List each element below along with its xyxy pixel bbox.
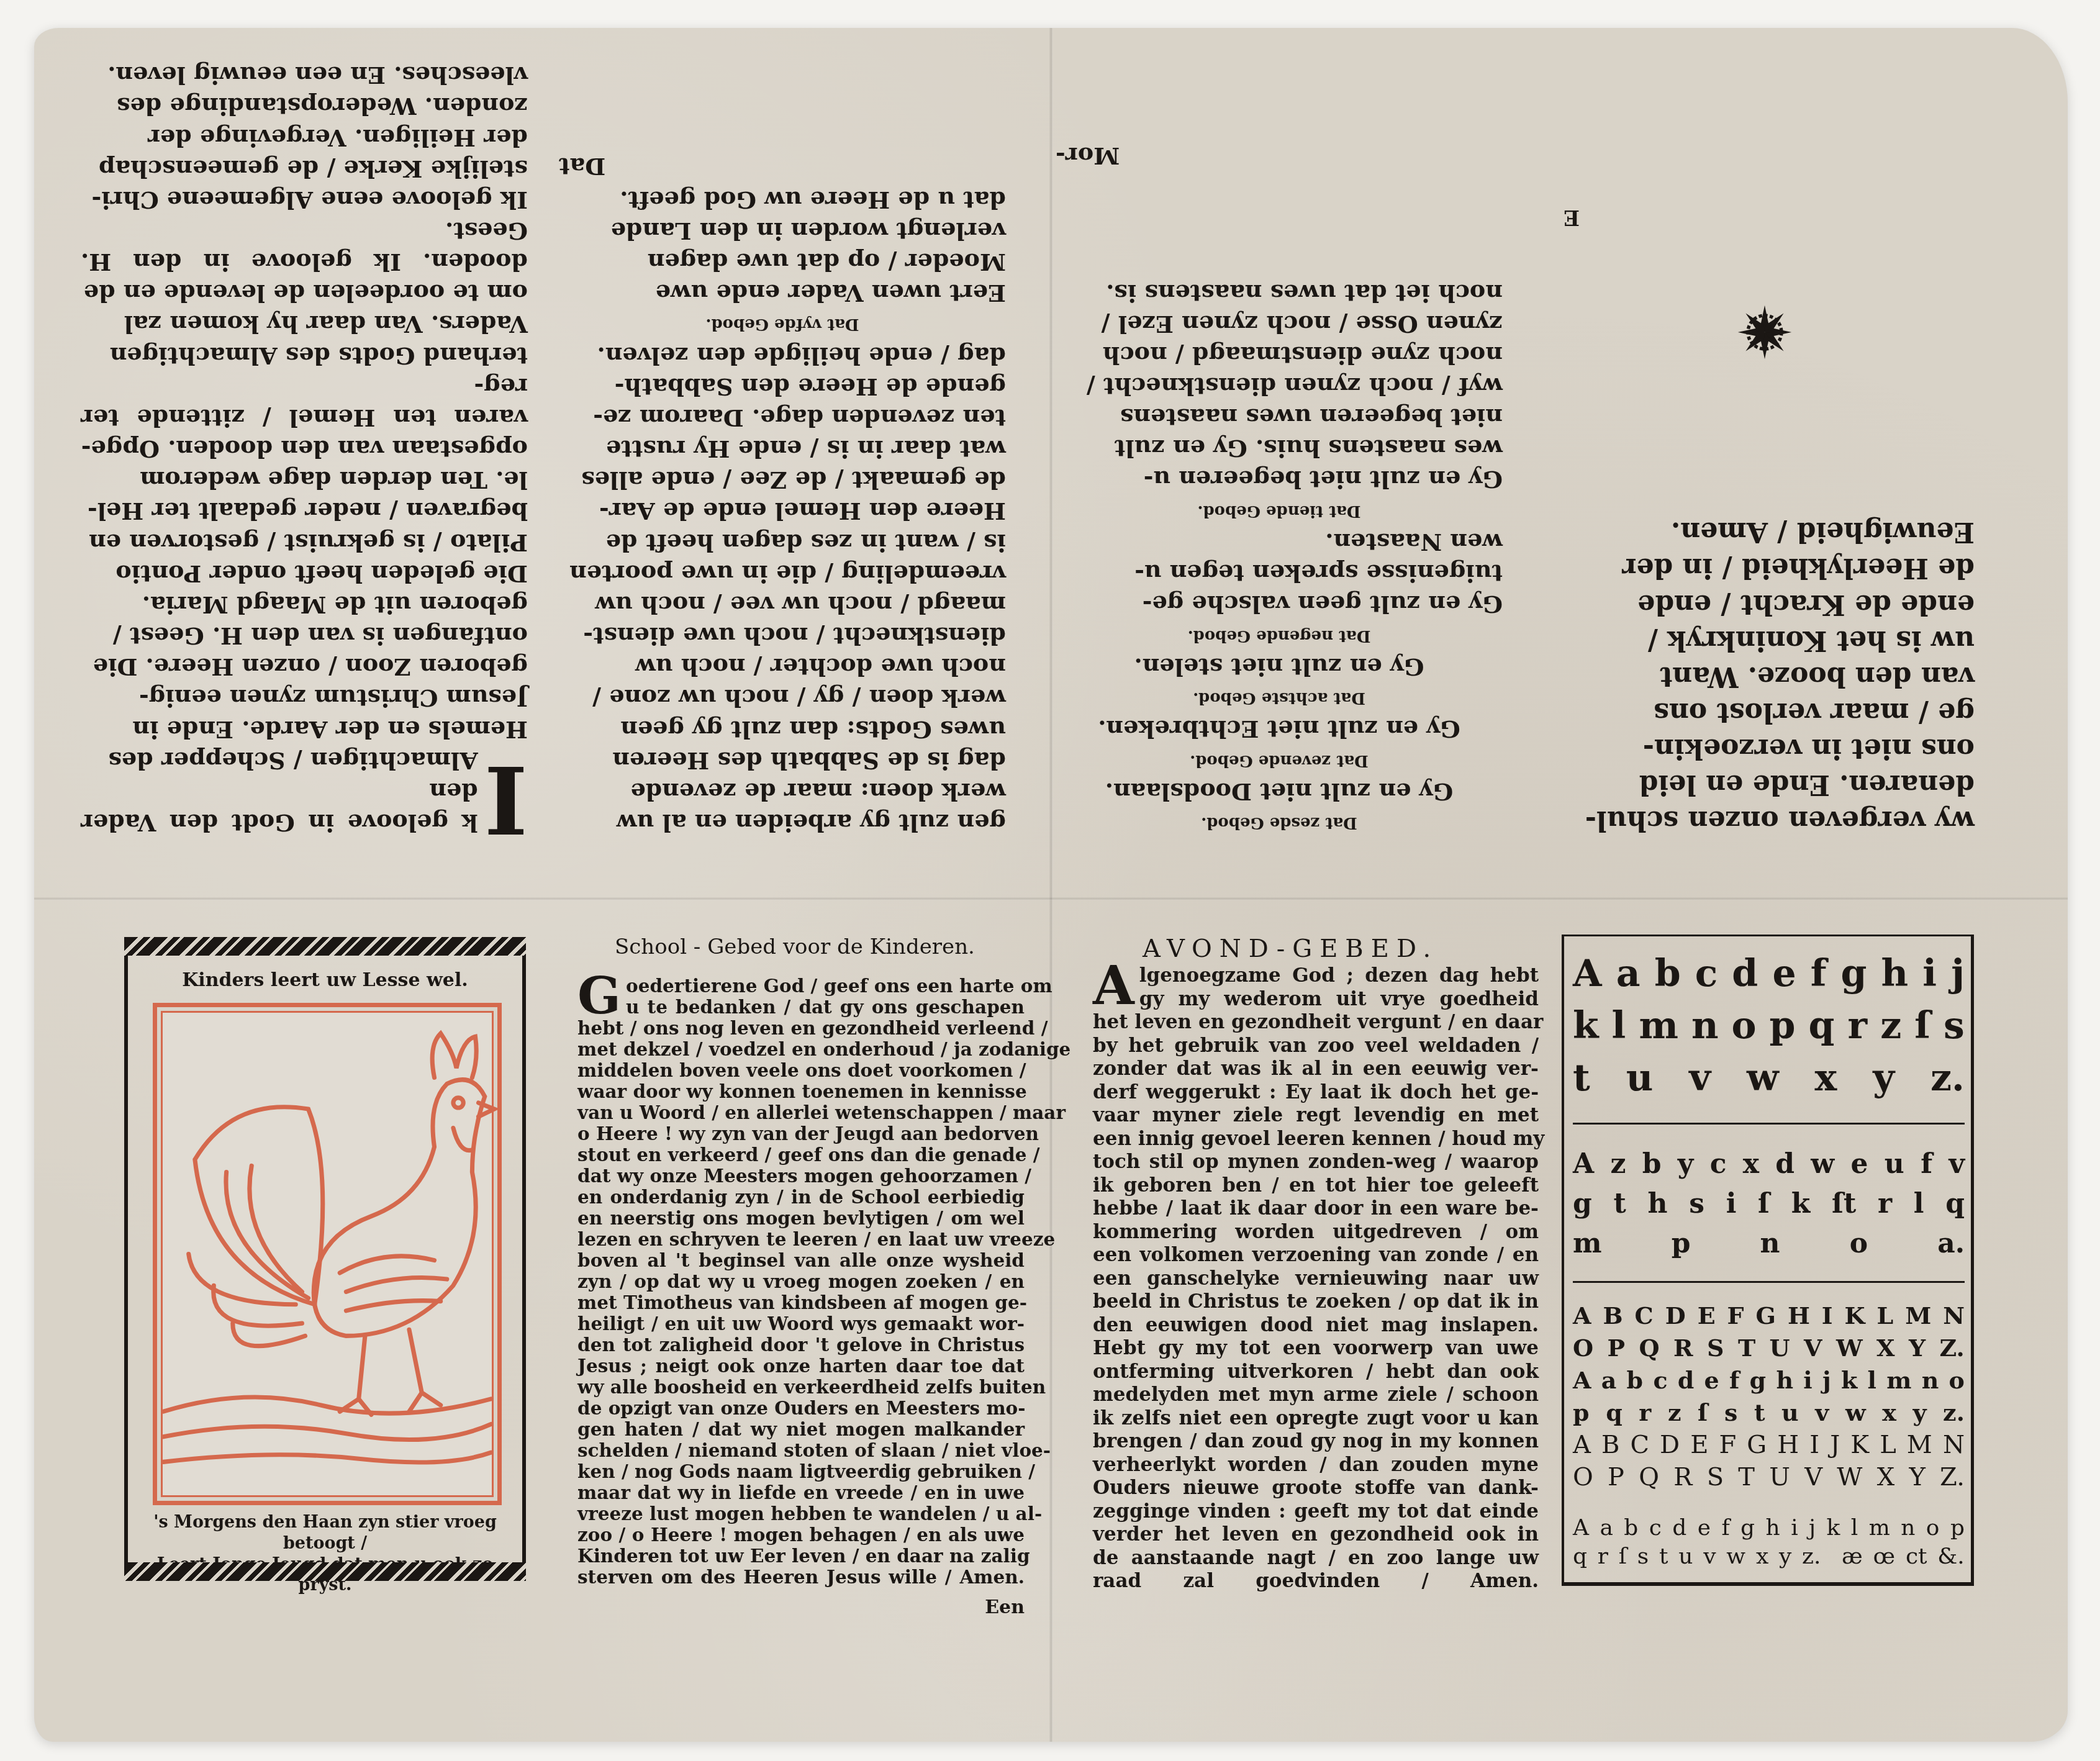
- text-line: Jesus ; neigt ook onze harten daar toe d…: [577, 1356, 1025, 1377]
- alphabet-row: ABCDEFGHIKLMN: [1573, 1300, 1965, 1332]
- commandment-6: Gy en zult niet Doodslaan.: [1056, 776, 1503, 807]
- alphabet-letter: Z.: [1940, 1332, 1965, 1364]
- alphabet-letter: c: [1649, 1514, 1662, 1542]
- star-ornament-icon: [1737, 304, 1793, 360]
- text-line: dag is de Sabbath des Heeren: [559, 745, 1006, 776]
- text-line: om te oordeelen de levende en de: [81, 278, 528, 309]
- alphabet-letter: A: [1573, 1514, 1589, 1542]
- alphabet-letter: f: [1811, 948, 1827, 1000]
- text-line: wat daar in is / ende Hy rustte: [559, 433, 1006, 464]
- alphabet-letter: t: [1659, 1542, 1668, 1571]
- alphabet-letter: u: [1885, 1144, 1904, 1184]
- creed-lines: k geloove in Godt den Vader denAlmachtig…: [81, 60, 528, 838]
- text-line: een volkomen verzoening van zonde / en: [1093, 1244, 1539, 1267]
- alphabet-letter: f: [1921, 1144, 1932, 1184]
- evening-prayer-title: AVOND-GEBED.: [1143, 935, 1539, 963]
- alphabet-letter: o: [1732, 1000, 1757, 1052]
- alphabet-letter: e: [1704, 1364, 1719, 1397]
- alphabet-letter: E: [1690, 1429, 1708, 1461]
- alphabet-letter: r: [1878, 1184, 1892, 1224]
- alphabet-letter: q: [1606, 1397, 1623, 1429]
- alphabet-letter: a: [1600, 1514, 1613, 1542]
- alphabet-letter: h: [1766, 1514, 1780, 1542]
- text-line: terhand Godts des Almachtigen: [81, 340, 528, 371]
- text-line: Hebt gy my tot een voorwerp van uwe: [1093, 1337, 1539, 1360]
- blackletter-capitals: ABCDEFGHIKLMNOPQRSTUVWXYZ.: [1573, 1300, 1965, 1364]
- text-line: stout en verkeerd / geef ons dan die gen…: [577, 1144, 1025, 1166]
- text-line: een ganschelyke vernieuwing naar uw: [1093, 1267, 1539, 1291]
- text-line: Vaders. Van daar hy komen zal: [81, 309, 528, 340]
- alphabet-letter: t: [1573, 1052, 1590, 1104]
- alphabet-letter: o: [1926, 1514, 1940, 1542]
- text-line: varen ten Hemel / zittende ter reg-: [81, 371, 528, 433]
- text-line: verheerlykt worden / dan zouden myne: [1093, 1454, 1539, 1477]
- alphabet-letter: q: [1809, 1000, 1835, 1052]
- text-line: geboren Zoon / onzen Heere. Die: [81, 651, 528, 682]
- text-line: gen zult gy arbeiden en al uw: [559, 807, 1006, 838]
- alphabet-letter: r: [1848, 1000, 1868, 1052]
- alphabet-letter: æ: [1842, 1542, 1863, 1571]
- alphabet-letter: A: [1573, 1300, 1591, 1332]
- alphabet-letter: G: [1747, 1429, 1767, 1461]
- alphabet-letter: y: [1779, 1542, 1791, 1571]
- alphabet-letter: z.: [1943, 1397, 1965, 1429]
- commandments-4-5-inverted: gen zult gy arbeiden en al uwwerk doen: …: [559, 186, 1006, 838]
- alphabet-letter: L: [1876, 1300, 1893, 1332]
- catchword-mor: Mor-: [1056, 140, 1503, 171]
- alphabet-letter: Y: [1909, 1332, 1926, 1364]
- text-line: gende de Heere den Sabbath-: [559, 371, 1006, 402]
- lords-prayer-lines: wy vergeven onzen schul-denaren. Ende en…: [1540, 514, 1975, 838]
- alphabet-letter: M: [1905, 1300, 1931, 1332]
- alphabet-row: Azbycxdweufv: [1573, 1144, 1965, 1184]
- school-prayer-title: School - Gebed voor de Kinderen.: [615, 935, 1025, 959]
- alphabet-letter: p: [1573, 1397, 1590, 1429]
- alphabet-letter: d: [1775, 1144, 1795, 1184]
- alphabet-letter: v: [1815, 1397, 1829, 1429]
- commandment-5-lines: Eert uwen Vader ende uweMoeder / op dat …: [559, 184, 1006, 309]
- text-line: zegginge vinden : geeft my tot dat einde: [1093, 1500, 1539, 1524]
- alphabet-letter: d: [1732, 948, 1758, 1000]
- alphabet-letter: V: [1804, 1332, 1822, 1364]
- alphabet-letter: m: [1869, 1514, 1890, 1542]
- alphabet-letter: s: [1689, 1184, 1704, 1224]
- text-line: geboren uit de Maagd Maria.: [81, 589, 528, 620]
- catchword-dat: Dat: [559, 150, 1006, 181]
- alphabet-letter: o: [1850, 1224, 1868, 1264]
- alphabet-letter: T: [1738, 1461, 1755, 1493]
- alphabet-letter: c: [1710, 1144, 1727, 1184]
- text-line: boven al 't beginsel van alle onze wyshe…: [577, 1250, 1025, 1271]
- alphabet-letter: v: [1689, 1052, 1711, 1104]
- text-line: ontfangen is van den H. Geest /: [81, 620, 528, 651]
- alphabet-letter: k: [1791, 1184, 1811, 1224]
- text-line: is / want in zes dagen heeft de: [559, 527, 1006, 558]
- text-line: dienstknecht / noch uwe dienst-: [559, 620, 1006, 651]
- alphabet-letter: I: [1809, 1429, 1819, 1461]
- alphabet-letter: x: [1815, 1052, 1837, 1104]
- alphabet-row: klmnopqrzſs: [1573, 1000, 1965, 1052]
- text-line: u te bedanken / dat gy ons geschapen: [577, 997, 1025, 1018]
- alphabet-letter: s: [1944, 1000, 1965, 1052]
- alphabet-letter: l: [1868, 1364, 1876, 1397]
- evening-prayer-body: A lgenoegzame God ; dezen dag hebtgy my …: [1093, 964, 1539, 1593]
- alphabet-letter: T: [1738, 1332, 1755, 1364]
- text-line: brengen / dan zoud gy nog in my konnen: [1093, 1430, 1539, 1454]
- text-line: beeld in Christus te zoeken / op dat ik …: [1093, 1290, 1539, 1314]
- alphabet-letter: h: [1881, 948, 1909, 1000]
- alphabet-letter: j: [1951, 948, 1965, 1000]
- heading-8th: Dat achtste Gebod.: [1056, 687, 1503, 708]
- alphabet-letter: Q: [1639, 1332, 1660, 1364]
- alphabet-roman-capitals: ABCDEFGHIJKLMNOPQRSTUVWXYZ.: [1573, 1429, 1965, 1493]
- alphabet-table: Aabcdefghijklmnopqrzſstuvwxyz. Azbycxdwe…: [1562, 935, 1974, 1586]
- alphabet-row: OPQRSTUVWXYZ.: [1573, 1332, 1965, 1364]
- alphabet-letter: X: [1877, 1461, 1894, 1493]
- lords-prayer-end-inverted: wy vergeven onzen schul-denaren. Ende en…: [1540, 186, 1975, 838]
- alphabet-letter: ct: [1906, 1542, 1927, 1571]
- alphabet-letter: H: [1788, 1300, 1810, 1332]
- text-line: Ouders nieuwe groote stoffe van dank-: [1093, 1477, 1539, 1500]
- alphabet-letter: O: [1573, 1461, 1593, 1493]
- evening-prayer-dropcap: A: [1093, 964, 1134, 1008]
- alphabet-letter: b: [1624, 1514, 1638, 1542]
- alphabet-divider: [1573, 1281, 1965, 1283]
- alphabet-letter: D: [1660, 1429, 1680, 1461]
- alphabet-letter: E: [1698, 1300, 1716, 1332]
- alphabet-letter: e: [1698, 1514, 1711, 1542]
- alphabet-letter: o: [1949, 1364, 1965, 1397]
- alphabet-letter: g: [1750, 1364, 1767, 1397]
- text-line: ontferming uitverkoren / hebt dan ook: [1093, 1360, 1539, 1384]
- alphabet-letter: B: [1601, 1429, 1619, 1461]
- text-line: werk doen: maar de zevende: [559, 776, 1006, 807]
- text-line: wy vergeven onzen schul-: [1540, 802, 1975, 838]
- text-line: wen Naasten.: [1056, 527, 1503, 558]
- text-line: en onderdanig zyn / in de School eerbied…: [577, 1187, 1025, 1208]
- alphabet-letter: q: [1945, 1184, 1965, 1224]
- alphabet-letter: B: [1603, 1300, 1623, 1332]
- text-line: opgestaan van den dooden. Opge-: [81, 433, 528, 464]
- alphabet-letter: F: [1727, 1300, 1744, 1332]
- text-line: de Heerlykheid / in der: [1540, 550, 1975, 586]
- text-line: stelijke Kerke / de gemeenschap: [81, 153, 528, 184]
- vertical-fold: [1049, 28, 1053, 1742]
- alphabet-letter: ſt: [1832, 1184, 1856, 1224]
- text-line: met Timotheus van kindsbeen af mogen ge-: [577, 1292, 1025, 1313]
- text-line: gy my wederom uit vrye goedheid: [1093, 988, 1539, 1012]
- rooster-woodcut: [153, 1003, 502, 1505]
- alphabet-row: mpnoa.: [1573, 1224, 1965, 1264]
- alphabet-letter: S: [1707, 1461, 1724, 1493]
- text-line: Hemels en der Aarde. Ende in: [81, 713, 528, 745]
- heading-7th: Dat zevende Gebod.: [1056, 749, 1503, 771]
- alphabet-letter: K: [1850, 1429, 1869, 1461]
- text-line: Eert uwen Vader ende uwe: [559, 278, 1006, 309]
- creed-dropcap: I: [484, 759, 528, 839]
- text-line: derf weggerukt : Ey laat ik doch het ge-: [1093, 1081, 1539, 1105]
- heading-6th: Dat zesde Gebod.: [1056, 812, 1503, 833]
- alphabet-row: pqrzſstuvwxyz.: [1573, 1397, 1965, 1429]
- alphabet-letter: y: [1912, 1397, 1926, 1429]
- text-line: lgenoegzame God ; dezen dag hebt: [1093, 964, 1539, 988]
- alphabet-blackletter-caps-and-lower: ABCDEFGHIKLMNOPQRSTUVWXYZ. Aabcdefghijkl…: [1573, 1300, 1965, 1429]
- alphabet-letter: t: [1613, 1184, 1626, 1224]
- alphabet-letter: H: [1777, 1429, 1799, 1461]
- alphabet-letter: n: [1760, 1224, 1780, 1264]
- alphabet-letter: P: [1608, 1461, 1624, 1493]
- alphabet-letter: d: [1678, 1364, 1695, 1397]
- alphabet-letter: F: [1719, 1429, 1737, 1461]
- text-line: verder het leven en gezondheid ook in: [1093, 1523, 1539, 1547]
- alphabet-letter: g: [1740, 1514, 1755, 1542]
- text-line: ik zelfs niet een opregte zugt voor u ka…: [1093, 1407, 1539, 1431]
- text-line: Die geleden heeft onder Pontio: [81, 558, 528, 589]
- text-line: dooden. Ik geloove in den H. Geest.: [81, 215, 528, 278]
- alphabet-letter: s: [1724, 1397, 1737, 1429]
- alphabet-letter: e: [1851, 1144, 1868, 1184]
- alphabet-letter: q: [1573, 1542, 1587, 1571]
- alphabet-letter: h: [1648, 1184, 1668, 1224]
- text-line: heiligt / en uit uw Woord wys gemaakt wo…: [577, 1313, 1025, 1334]
- text-line: noch iet dat uwes naastens is.: [1056, 277, 1503, 308]
- text-line: schelden / niemand stoten of slaan / nie…: [577, 1440, 1025, 1461]
- alphabet-letter: A: [1573, 948, 1602, 1000]
- alphabet-letter: p: [1672, 1224, 1691, 1264]
- alphabet-letter: m: [1886, 1364, 1911, 1397]
- alphabet-letter: w: [1726, 1542, 1745, 1571]
- alphabet-letter: y: [1678, 1144, 1694, 1184]
- alphabet-letter: N: [1943, 1429, 1965, 1461]
- commandment-4-lines: gen zult gy arbeiden en al uwwerk doen: …: [559, 340, 1006, 839]
- text-line: maagd / noch uw vee / noch uw: [559, 589, 1006, 620]
- text-line: Eeuwigheid / Amen.: [1540, 514, 1975, 550]
- alphabet-letter: œ: [1873, 1542, 1896, 1571]
- alphabet-letter: ſ: [1758, 1184, 1770, 1224]
- alphabet-letter: ſ: [1619, 1542, 1627, 1571]
- alphabet-letter: y: [1873, 1052, 1894, 1104]
- alphabet-letter: t: [1754, 1397, 1765, 1429]
- alphabet-letter: A: [1573, 1429, 1591, 1461]
- commandment-8: Gy en zult niet stelen.: [1056, 651, 1503, 682]
- text-line: Moeder / op dat uwe dagen: [559, 247, 1006, 278]
- text-line: zynen Osse / noch zynen Ezel /: [1056, 309, 1503, 340]
- heading-9th: Dat negende Gebod.: [1056, 625, 1503, 646]
- commandment-10-lines: Gy en zult niet begeeren u-wes naastens …: [1056, 277, 1503, 495]
- alphabet-letter: ſ: [1698, 1397, 1708, 1429]
- text-line: der Heiligen. Vergevinge der: [81, 122, 528, 153]
- text-line: een innig gevoel leeren kennen / houd my: [1093, 1128, 1539, 1151]
- alphabet-letter: W: [1837, 1461, 1862, 1493]
- alphabet-letter: i: [1803, 1364, 1812, 1397]
- text-line: ende de Kracht / ende: [1540, 586, 1975, 622]
- alphabet-letter: f: [1729, 1364, 1739, 1397]
- alphabet-letter: r: [1598, 1542, 1608, 1571]
- alphabet-letter: a: [1616, 948, 1641, 1000]
- text-line: ge / maar verlost ons: [1540, 694, 1975, 730]
- alphabet-letter: g: [1841, 948, 1867, 1000]
- alphabet-letter: z: [1880, 1000, 1901, 1052]
- alphabet-large-blackletter: Aabcdefghijklmnopqrzſstuvwxyz.: [1573, 948, 1965, 1104]
- school-prayer: School - Gebed voor de Kinderen. G oeder…: [577, 935, 1025, 1618]
- alphabet-letter: v: [1703, 1542, 1716, 1571]
- alphabet-letter: a.: [1937, 1224, 1965, 1264]
- alphabet-letter: r: [1639, 1397, 1651, 1429]
- alphabet-letter: k: [1841, 1364, 1857, 1397]
- alphabet-letter: Z.: [1940, 1461, 1965, 1493]
- text-line: van u Woord / en allerlei wetenschappen …: [577, 1102, 1025, 1123]
- text-line: de gemaakt / de Zee / ende alles: [559, 464, 1006, 496]
- text-line: Gy en zult niet begeeren u-: [1056, 464, 1503, 495]
- heading-10th: Dat tiende Gebod.: [1056, 500, 1503, 522]
- alphabet-letter: d: [1672, 1514, 1686, 1542]
- alphabet-letter: z: [1668, 1397, 1681, 1429]
- alphabet-letter: i: [1922, 948, 1937, 1000]
- alphabet-letter: b: [1642, 1144, 1662, 1184]
- text-line: waar door wy konnen toenemen in kennisse: [577, 1081, 1025, 1102]
- alphabet-letter: G: [1755, 1300, 1775, 1332]
- text-line: by het gebruik van zoo veel weldaden /: [1093, 1034, 1539, 1058]
- alphabet-letter: J: [1830, 1429, 1840, 1461]
- horizontal-fold: [34, 897, 2068, 900]
- alphabet-letter: l: [1914, 1184, 1924, 1224]
- alphabet-letter: p: [1950, 1514, 1965, 1542]
- alphabet-letter: L: [1880, 1429, 1896, 1461]
- alphabet-letter: n: [1922, 1364, 1939, 1397]
- text-line: raad zal goedvinden / Amen.: [1093, 1570, 1539, 1593]
- alphabet-letter: x: [1743, 1144, 1759, 1184]
- alphabet-letter: I: [1822, 1300, 1833, 1332]
- alphabet-letter: c: [1653, 1364, 1667, 1397]
- text-line: vreeze lust mogen hebben te wandelen / u…: [577, 1503, 1025, 1524]
- commandment-7: Gy en zult niet Echtbreken.: [1056, 713, 1503, 745]
- text-line: noch uwe dochter / noch uw: [559, 651, 1006, 682]
- text-line: van den booze. Want: [1540, 658, 1975, 694]
- text-line: Jesum Christum zynen eenig-: [81, 682, 528, 713]
- alphabet-letter: p: [1770, 1000, 1796, 1052]
- text-line: vleesches. En een eeuwig leven.: [81, 60, 528, 91]
- text-line: wyf / noch zynen dienstknecht /: [1056, 371, 1503, 402]
- text-line: Kinderen tot uw Eer leven / en daar na z…: [577, 1546, 1025, 1567]
- text-line: met dekzel / voedzel en onderhoud / ja z…: [577, 1039, 1025, 1060]
- alphabet-letter: b: [1655, 948, 1681, 1000]
- text-line: toch stil op mynen zonden-weg / waarop: [1093, 1151, 1539, 1174]
- text-line: Gy en zult geen valsche ge-: [1056, 589, 1503, 620]
- text-line: gen haten / dat wy niet mogen malkander: [577, 1419, 1025, 1440]
- text-line: Pilato / is gekruist / gestorven en: [81, 527, 528, 558]
- alphabet-letter: m: [1639, 1000, 1678, 1052]
- evening-prayer: AVOND-GEBED. A lgenoegzame God ; dezen d…: [1093, 935, 1539, 1593]
- text-line: hebt / ons nog leven en gezondheid verle…: [577, 1018, 1025, 1039]
- text-line: Ik geloove eene Algemeene Chri-: [81, 184, 528, 215]
- alphabet-letter: k: [1573, 1000, 1599, 1052]
- alphabet-divider: [1573, 1123, 1965, 1125]
- alphabet-letter: w: [1845, 1397, 1866, 1429]
- text-line: begraven / neder gedaalt ter Hel-: [81, 496, 528, 527]
- alphabet-letter: l: [1612, 1000, 1626, 1052]
- alphabet-letter: m: [1573, 1224, 1602, 1264]
- text-line: k geloove in Godt den Vader den: [81, 776, 528, 838]
- alphabet-roman-lower: Aabcdefghijklmnopqrſstuvwxyz.æœct&.: [1573, 1514, 1965, 1571]
- alphabet-letter: s: [1637, 1542, 1649, 1571]
- text-line: Heere den Hemel ende de Aar-: [559, 496, 1006, 527]
- text-line: lezen en schryven te leeren / en laat uw…: [577, 1229, 1025, 1250]
- alphabet-letter: h: [1776, 1364, 1793, 1397]
- alphabet-letter: K: [1844, 1300, 1865, 1332]
- text-line: noch zyne dienstmaagd / noch: [1056, 340, 1503, 371]
- text-line: maar dat wy in liefde en vreede / en in …: [577, 1482, 1025, 1503]
- alphabet-letter: N: [1943, 1300, 1965, 1332]
- text-line: dat u de Heere uw God geeft.: [559, 184, 1006, 215]
- catchword-een: Een: [577, 1596, 1025, 1618]
- caption-line-1: 's Morgens den Haan zyn stier vroeg beto…: [140, 1512, 510, 1554]
- alphabet-letter: j: [1822, 1364, 1831, 1397]
- commandment-9-lines: Gy en zult geen valsche ge-tuigenisse sp…: [1056, 527, 1503, 620]
- alphabet-row: OPQRSTUVWXYZ.: [1573, 1461, 1965, 1493]
- alphabet-row: tuvwxyz.: [1573, 1052, 1965, 1104]
- text-line: verlengt worden in den Lande: [559, 215, 1006, 247]
- alphabet-letter: W: [1836, 1332, 1863, 1364]
- alphabet-letter: z.: [1802, 1542, 1821, 1571]
- alphabet-letter: g: [1573, 1184, 1592, 1224]
- alphabet-letter: z.: [1930, 1052, 1965, 1104]
- text-line: vaar myner ziele regt levendig en met: [1093, 1104, 1539, 1128]
- alphabet-letter: i: [1791, 1514, 1798, 1542]
- evening-prayer-lines: lgenoegzame God ; dezen dag hebtgy my we…: [1093, 964, 1539, 1593]
- alphabet-letter: Y: [1909, 1461, 1925, 1493]
- text-line: vreemdeling / die in uwe poorten: [559, 558, 1006, 589]
- text-line: oedertierene God / geef ons een harte om: [577, 976, 1025, 997]
- alphabet-letter: X: [1876, 1332, 1894, 1364]
- alphabet-row: qrſstuvwxyz.æœct&.: [1573, 1542, 1965, 1571]
- text-line: ten zevenden dage. Daarom ze-: [559, 402, 1006, 433]
- alphabet-letter: C: [1635, 1300, 1654, 1332]
- alphabet-letter: u: [1678, 1542, 1693, 1571]
- decorative-border-bottom: [124, 1562, 526, 1581]
- alphabet-letter: x: [1882, 1397, 1896, 1429]
- text-line: Almachtigen / Schepper des: [81, 745, 528, 776]
- alphabet-letter: j: [1809, 1514, 1816, 1542]
- alphabet-letter: u: [1626, 1052, 1654, 1104]
- alphabet-row: Aabcdefghijklmnop: [1573, 1514, 1965, 1542]
- blackletter-lower: Aabcdefghijklmnopqrzſstuvwxyz.: [1573, 1364, 1965, 1429]
- alphabet-letter: C: [1630, 1429, 1649, 1461]
- alphabet-letter: &.: [1937, 1542, 1965, 1571]
- text-line: zyn / op dat wy u vroeg mogen zoeken / e…: [577, 1271, 1025, 1292]
- text-line: dat wy onze Meesters mogen gehoorzamen /: [577, 1166, 1025, 1187]
- alphabet-letter: c: [1695, 948, 1718, 1000]
- text-line: ik geboren ben / en tot hier toe geleeft: [1093, 1174, 1539, 1198]
- alphabet-letter: M: [1907, 1429, 1932, 1461]
- alphabet-letter: A: [1573, 1144, 1594, 1184]
- text-line: zonden. Wederopstandinge des: [81, 91, 528, 122]
- alphabet-letter: k: [1827, 1514, 1840, 1542]
- alphabet-letter: P: [1608, 1332, 1626, 1364]
- alphabet-row: gthsiſkſtrlq: [1573, 1184, 1965, 1224]
- alphabet-letter: V: [1804, 1461, 1822, 1493]
- alphabet-letter: U: [1770, 1332, 1790, 1364]
- alphabet-row: Aabcdefghijklmno: [1573, 1364, 1965, 1397]
- alphabet-letter: D: [1665, 1300, 1686, 1332]
- alphabet-letter: A: [1573, 1364, 1591, 1397]
- text-line: tuigenisse spreken tegen u-: [1056, 558, 1503, 589]
- woodcut-panel: Kinders leert uw Lesse wel.: [124, 941, 526, 1577]
- alphabet-letter: R: [1673, 1332, 1693, 1364]
- school-prayer-dropcap: G: [577, 976, 621, 1017]
- text-line: wy alle boosheid en verkeerdheid zelfs b…: [577, 1377, 1025, 1398]
- heading-5th-commandment: Dat vyfde Gebod.: [559, 314, 1006, 335]
- alphabet-letter: n: [1691, 1000, 1719, 1052]
